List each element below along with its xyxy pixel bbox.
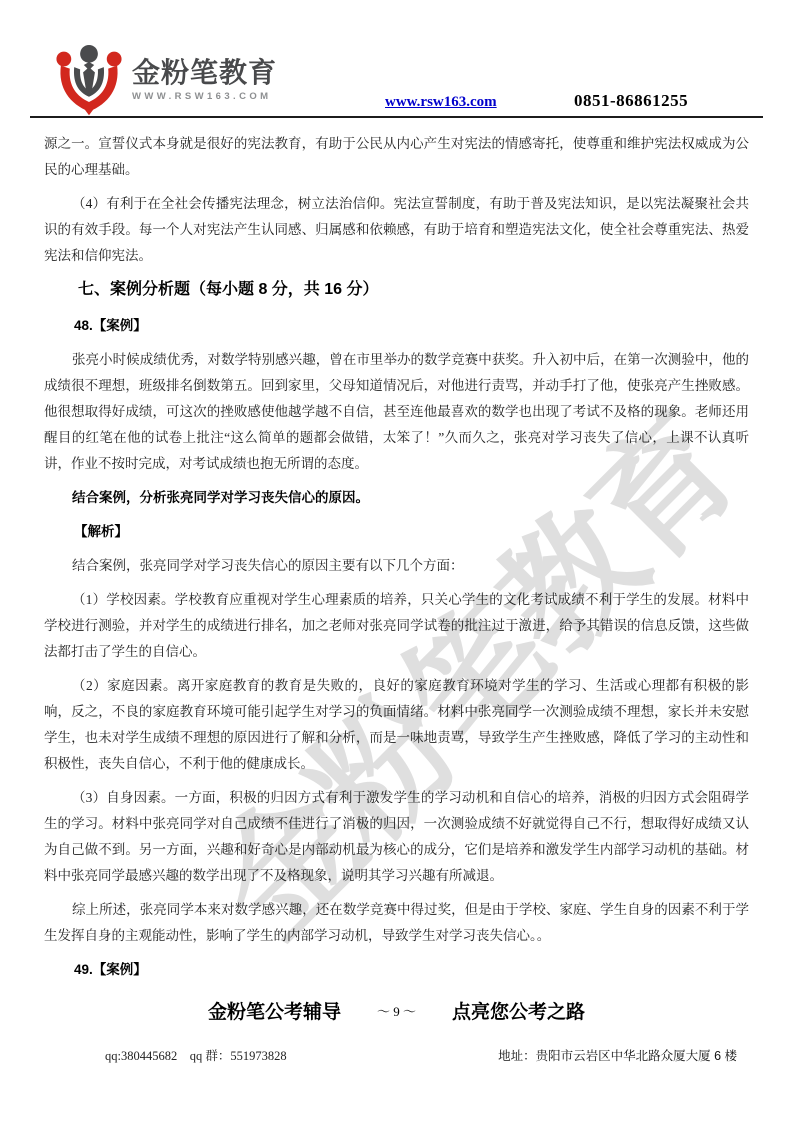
brand-logo-text: 金粉笔教育 WWW.RSW163.COM [132,58,277,102]
case-48-heading: 48.【案例】 [44,313,749,339]
case-48-question: 结合案例，分析张亮同学对学习丧失信心的原因。 [44,485,749,511]
footer-brand-text: 金粉笔公考辅导 [208,997,341,1024]
header-divider [30,116,763,118]
case-49-heading: 49.【案例】 [44,957,749,983]
footer-contact-row: qq:380445682 qq 群：551973828 地址：贵阳市云岩区中华北… [105,1046,737,1064]
brand-logo-icon [52,42,126,116]
paragraph-continuation: 源之一。宣誓仪式本身就是很好的宪法教育，有助于公民从内心产生对宪法的情感寄托，使… [44,131,749,183]
brand-website-small: WWW.RSW163.COM [132,91,277,102]
brand-name: 金粉笔教育 [132,58,277,87]
phone-number: 0851-86861255 [574,91,688,111]
analysis-point-2-family: （2）家庭因素。离开家庭教育的教育是失败的，良好的家庭教育环境对学生的学习、生活… [44,673,749,777]
document-page: 金粉笔教育 金粉笔教育 WWW.RSW163.COM www.rsw163.co… [0,0,793,1122]
analysis-point-3-self: （3）自身因素。一方面，积极的归因方式有利于激发学生的学习动机和自信心的培养，消… [44,785,749,889]
footer-slogan-text: 点亮您公考之路 [452,997,585,1024]
footer-banner: 金粉笔公考辅导 ～ 9 ～ 点亮您公考之路 [0,997,793,1024]
paragraph-point-4: （4）有利于在全社会传播宪法理念，树立法治信仰。宪法宣誓制度，有助于普及宪法知识… [44,191,749,269]
case-48-description: 张亮小时候成绩优秀，对数学特别感兴趣，曾在市里举办的数学竞赛中获奖。升入初中后，… [44,347,749,477]
analysis-intro: 结合案例，张亮同学对学习丧失信心的原因主要有以下几个方面： [44,553,749,579]
document-body: 源之一。宣誓仪式本身就是很好的宪法教育，有助于公民从内心产生对宪法的情感寄托，使… [44,131,749,991]
analysis-conclusion: 综上所述，张亮同学本来对数学感兴趣，还在数学竞赛中得过奖，但是由于学校、家庭、学… [44,897,749,949]
footer-qq-contacts: qq:380445682 qq 群：551973828 [105,1046,287,1064]
brand-logo: 金粉笔教育 WWW.RSW163.COM [52,42,277,116]
footer-address: 地址：贵阳市云岩区中华北路众厦大厦 6 楼 [498,1046,737,1064]
page-number: ～ 9 ～ [377,1001,416,1020]
analysis-point-1-school: （1）学校因素。学校教育应重视对学生心理素质的培养，只关心学生的文化考试成绩不利… [44,587,749,665]
section-heading-case-analysis: 七、案例分析题（每小题 8 分，共 16 分） [44,277,749,303]
analysis-heading: 【解析】 [44,519,749,545]
website-link[interactable]: www.rsw163.com [385,94,497,111]
